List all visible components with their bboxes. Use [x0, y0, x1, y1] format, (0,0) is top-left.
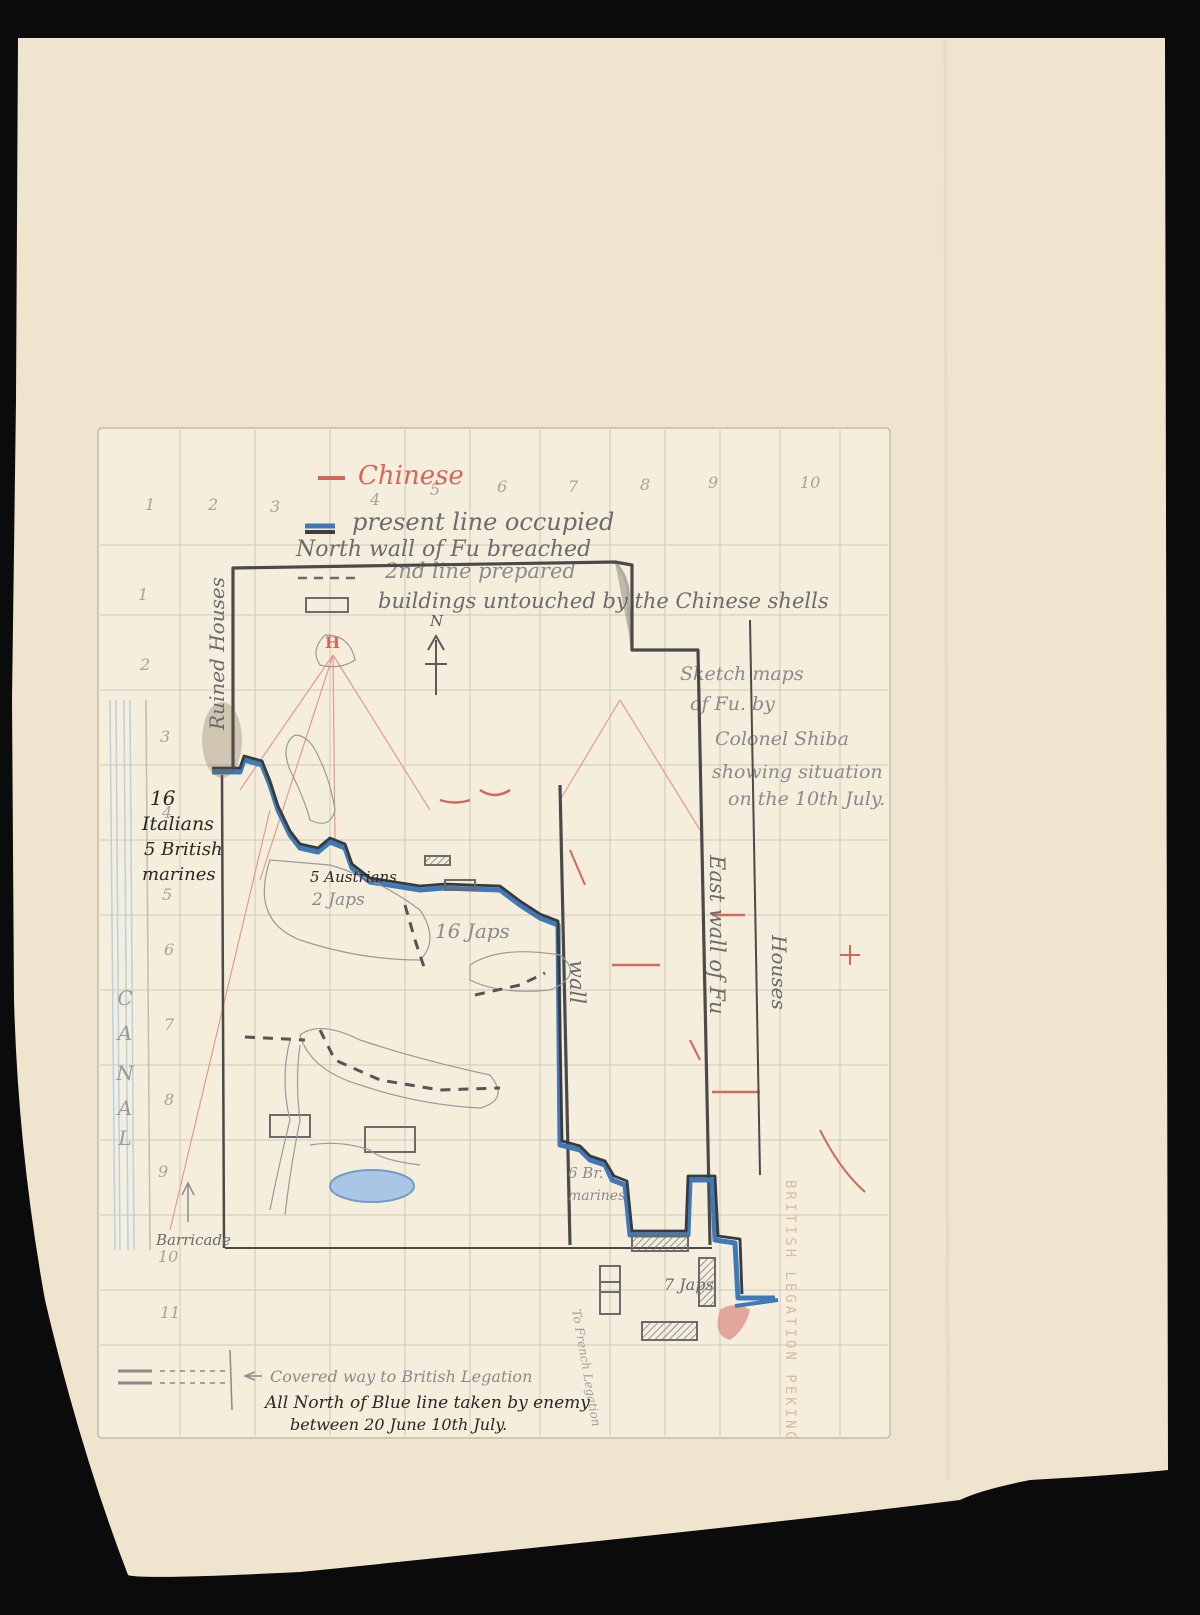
footer-note-line-1: All North of Blue line taken by enemy — [263, 1393, 590, 1413]
svg-text:11: 11 — [160, 1303, 180, 1322]
svg-text:3: 3 — [270, 497, 280, 516]
svg-text:9: 9 — [708, 473, 718, 492]
svg-text:6: 6 — [497, 477, 507, 496]
svg-text:L: L — [117, 1126, 131, 1150]
label-barricade: Barricade — [155, 1231, 231, 1249]
label-ruined-houses: Ruined Houses — [205, 577, 229, 731]
label-british-6-marines: marines — [568, 1188, 625, 1204]
label-italians: Italians — [141, 813, 214, 835]
svg-text:1: 1 — [138, 585, 148, 604]
svg-text:3: 3 — [160, 727, 170, 746]
legend-chinese: Chinese — [358, 461, 464, 491]
svg-text:A: A — [116, 1096, 132, 1120]
label-japs-2: 2 Japs — [311, 890, 365, 910]
svg-text:10: 10 — [800, 473, 820, 492]
label-east-wall: East wall of Fu — [705, 854, 729, 1015]
svg-text:2: 2 — [207, 495, 218, 514]
pond — [330, 1170, 414, 1202]
svg-text:N: N — [429, 612, 444, 630]
svg-text:N: N — [115, 1061, 135, 1085]
svg-text:Colonel Shiba: Colonel Shiba — [715, 728, 849, 750]
footer-note-line-2: between 20 June 10th July. — [290, 1415, 507, 1434]
label-japs-7: 7 Japs — [664, 1275, 714, 1294]
label-wall: wall — [565, 960, 589, 1004]
svg-text:1: 1 — [145, 495, 155, 514]
svg-text:9: 9 — [158, 1162, 168, 1181]
svg-text:2: 2 — [139, 655, 150, 674]
footer-covered-way: Covered way to British Legation — [270, 1367, 532, 1386]
svg-text:7: 7 — [164, 1015, 175, 1034]
label-houses: Houses — [767, 934, 791, 1010]
svg-text:8: 8 — [640, 475, 650, 494]
legend-present-line: present line occupied — [352, 508, 614, 536]
svg-text:A: A — [116, 1021, 132, 1045]
svg-text:8: 8 — [164, 1090, 174, 1109]
legend-buildings: buildings untouched by the Chinese shell… — [378, 589, 829, 613]
svg-text:of Fu. by: of Fu. by — [690, 693, 775, 715]
svg-text:4: 4 — [369, 490, 380, 509]
svg-text:on the 10th July.: on the 10th July. — [728, 788, 885, 810]
svg-text:7: 7 — [568, 477, 579, 496]
label-british-marines-1: 5 British — [144, 839, 223, 860]
svg-text:showing situation: showing situation — [712, 761, 883, 783]
svg-text:5: 5 — [162, 885, 172, 904]
svg-text:C: C — [117, 986, 132, 1010]
label-italians-count: 16 — [150, 786, 176, 810]
label-japs-16: 16 Japs — [435, 919, 510, 943]
svg-text:6: 6 — [164, 940, 174, 959]
label-austrians: 5 Austrians — [310, 868, 397, 886]
label-british-marines-2: marines — [142, 864, 216, 885]
sketch-map-document: 1 2 3 4 5 6 7 8 9 10 1 2 3 4 5 6 7 8 9 1… — [0, 0, 1200, 1615]
svg-text:10: 10 — [158, 1247, 178, 1266]
library-stamp: BRITISH LEGATION PEKING — [782, 1180, 798, 1443]
label-british-6: 6 Br. — [568, 1164, 604, 1182]
